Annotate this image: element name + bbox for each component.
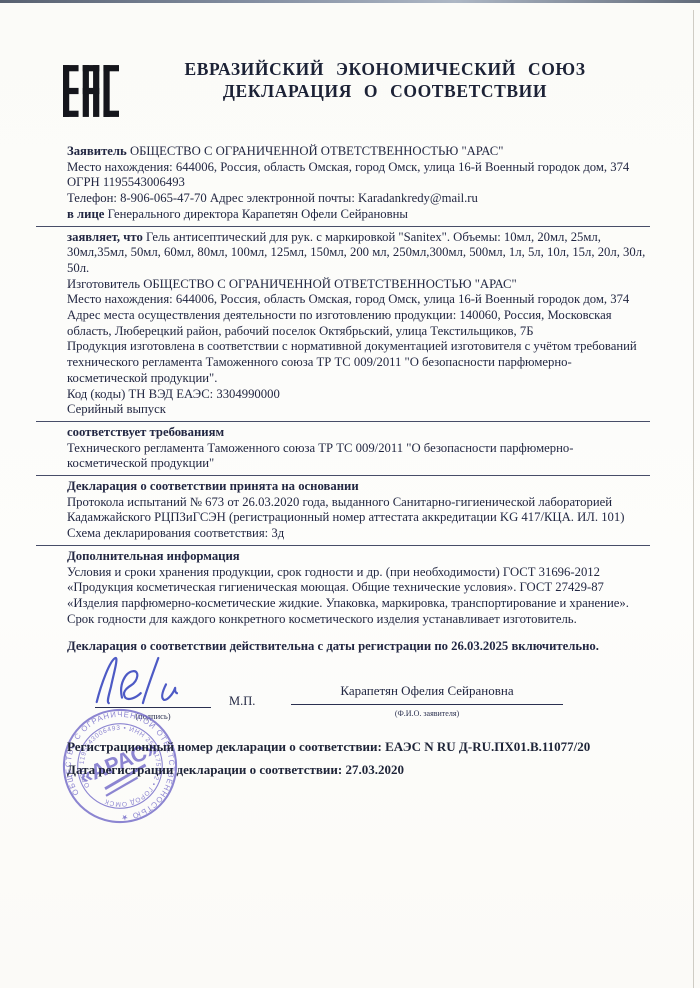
eac-logo-icon (63, 60, 119, 122)
registration-date-label: Дата регистрации декларации о соответств… (67, 762, 342, 777)
basis-heading: Декларация о соответствии принята на осн… (67, 479, 650, 495)
applicant-name: ОБЩЕСТВО С ОГРАНИЧЕННОЙ ОТВЕТСТВЕННОСТЬЮ… (130, 144, 503, 158)
product-description: Гель антисептический для рук. с маркиров… (67, 230, 645, 275)
registration-date-value: 27.03.2020 (342, 762, 404, 777)
additional-text: Условия и сроки хранения продукции, срок… (67, 565, 650, 628)
manufacturer-name: ОБЩЕСТВО С ОГРАНИЧЕННОЙ ОТВЕТСТВЕННОСТЬЮ… (143, 277, 516, 291)
signer-name-caption: (Ф.И.О. заявителя) (291, 706, 563, 722)
applicant-label: Заявитель (67, 144, 127, 158)
applicant-phone-email: Телефон: 8-906-065-47-70 Адрес электронн… (67, 191, 650, 207)
represented-by-label: в лице (67, 207, 104, 221)
signer-name: Карапетян Офелия Сейрановна (291, 683, 563, 699)
tnved-code: Код (коды) ТН ВЭД ЕАЭС: 3304990000 (67, 387, 650, 403)
scan-edge-right (693, 10, 694, 988)
represented-by-line: в лице Генерального директора Карапетян … (67, 207, 650, 223)
handwritten-signature (89, 649, 199, 711)
compliance-text: Технического регламента Таможенного союз… (67, 441, 650, 472)
manufacturer-line: Изготовитель ОБЩЕСТВО С ОГРАНИЧЕННОЙ ОТВ… (67, 277, 650, 293)
signature-area: (подпись) М.П. Карапетян Офелия Сейранов… (67, 663, 650, 721)
production-address: Адрес места осуществления деятельности п… (67, 308, 650, 339)
union-title: ЕВРАЗИЙСКИЙ ЭКОНОМИЧЕСКИЙ СОЮЗ (70, 58, 700, 80)
stamp-place-label: М.П. (229, 694, 255, 710)
section-divider (36, 226, 650, 227)
registration-number-label: Регистрационный номер декларации о соотв… (67, 739, 382, 754)
scan-edge-top (0, 0, 700, 3)
manufacturer-address: Место нахождения: 644006, Россия, област… (67, 292, 650, 308)
registration-date-line: Дата регистрации декларации о соответств… (67, 758, 660, 781)
document-page: ЕВРАЗИЙСКИЙ ЭКОНОМИЧЕСКИЙ СОЮЗ ДЕКЛАРАЦИ… (0, 0, 700, 988)
manufacturer-label: Изготовитель (67, 277, 140, 291)
document-body: Заявитель ОБЩЕСТВО С ОГРАНИЧЕННОЙ ОТВЕТС… (67, 144, 650, 721)
release-type: Серийный выпуск (67, 402, 650, 418)
registration-block: Регистрационный номер декларации о соотв… (67, 735, 660, 781)
document-title: ДЕКЛАРАЦИЯ О СООТВЕТСТВИИ (70, 80, 700, 102)
section-divider (36, 475, 650, 476)
basis-protocol: Протокола испытаний № 673 от 26.03.2020 … (67, 495, 650, 526)
applicant-address: Место нахождения: 644006, Россия, област… (67, 160, 650, 176)
signer-name-line (291, 704, 563, 705)
registration-number-line: Регистрационный номер декларации о соотв… (67, 735, 660, 758)
document-header: ЕВРАЗИЙСКИЙ ЭКОНОМИЧЕСКИЙ СОЮЗ ДЕКЛАРАЦИ… (0, 58, 700, 136)
section-divider (36, 545, 650, 546)
declares-line: заявляет, что Гель антисептический для р… (67, 230, 650, 277)
section-divider (36, 421, 650, 422)
production-note: Продукция изготовлена в соответствии с н… (67, 339, 650, 386)
registration-number-value: ЕАЭС N RU Д-RU.ПХ01.В.11077/20 (382, 739, 590, 754)
additional-heading: Дополнительная информация (67, 549, 650, 565)
represented-by-value: Генерального директора Карапетян Офели С… (108, 207, 408, 221)
basis-scheme: Схема декларирования соответствия: 3д (67, 526, 650, 542)
declares-label: заявляет, что (67, 230, 143, 244)
compliance-heading: соответствует требованиям (67, 425, 650, 441)
applicant-line: Заявитель ОБЩЕСТВО С ОГРАНИЧЕННОЙ ОТВЕТС… (67, 144, 650, 160)
applicant-ogrn: ОГРН 1195543006493 (67, 175, 650, 191)
